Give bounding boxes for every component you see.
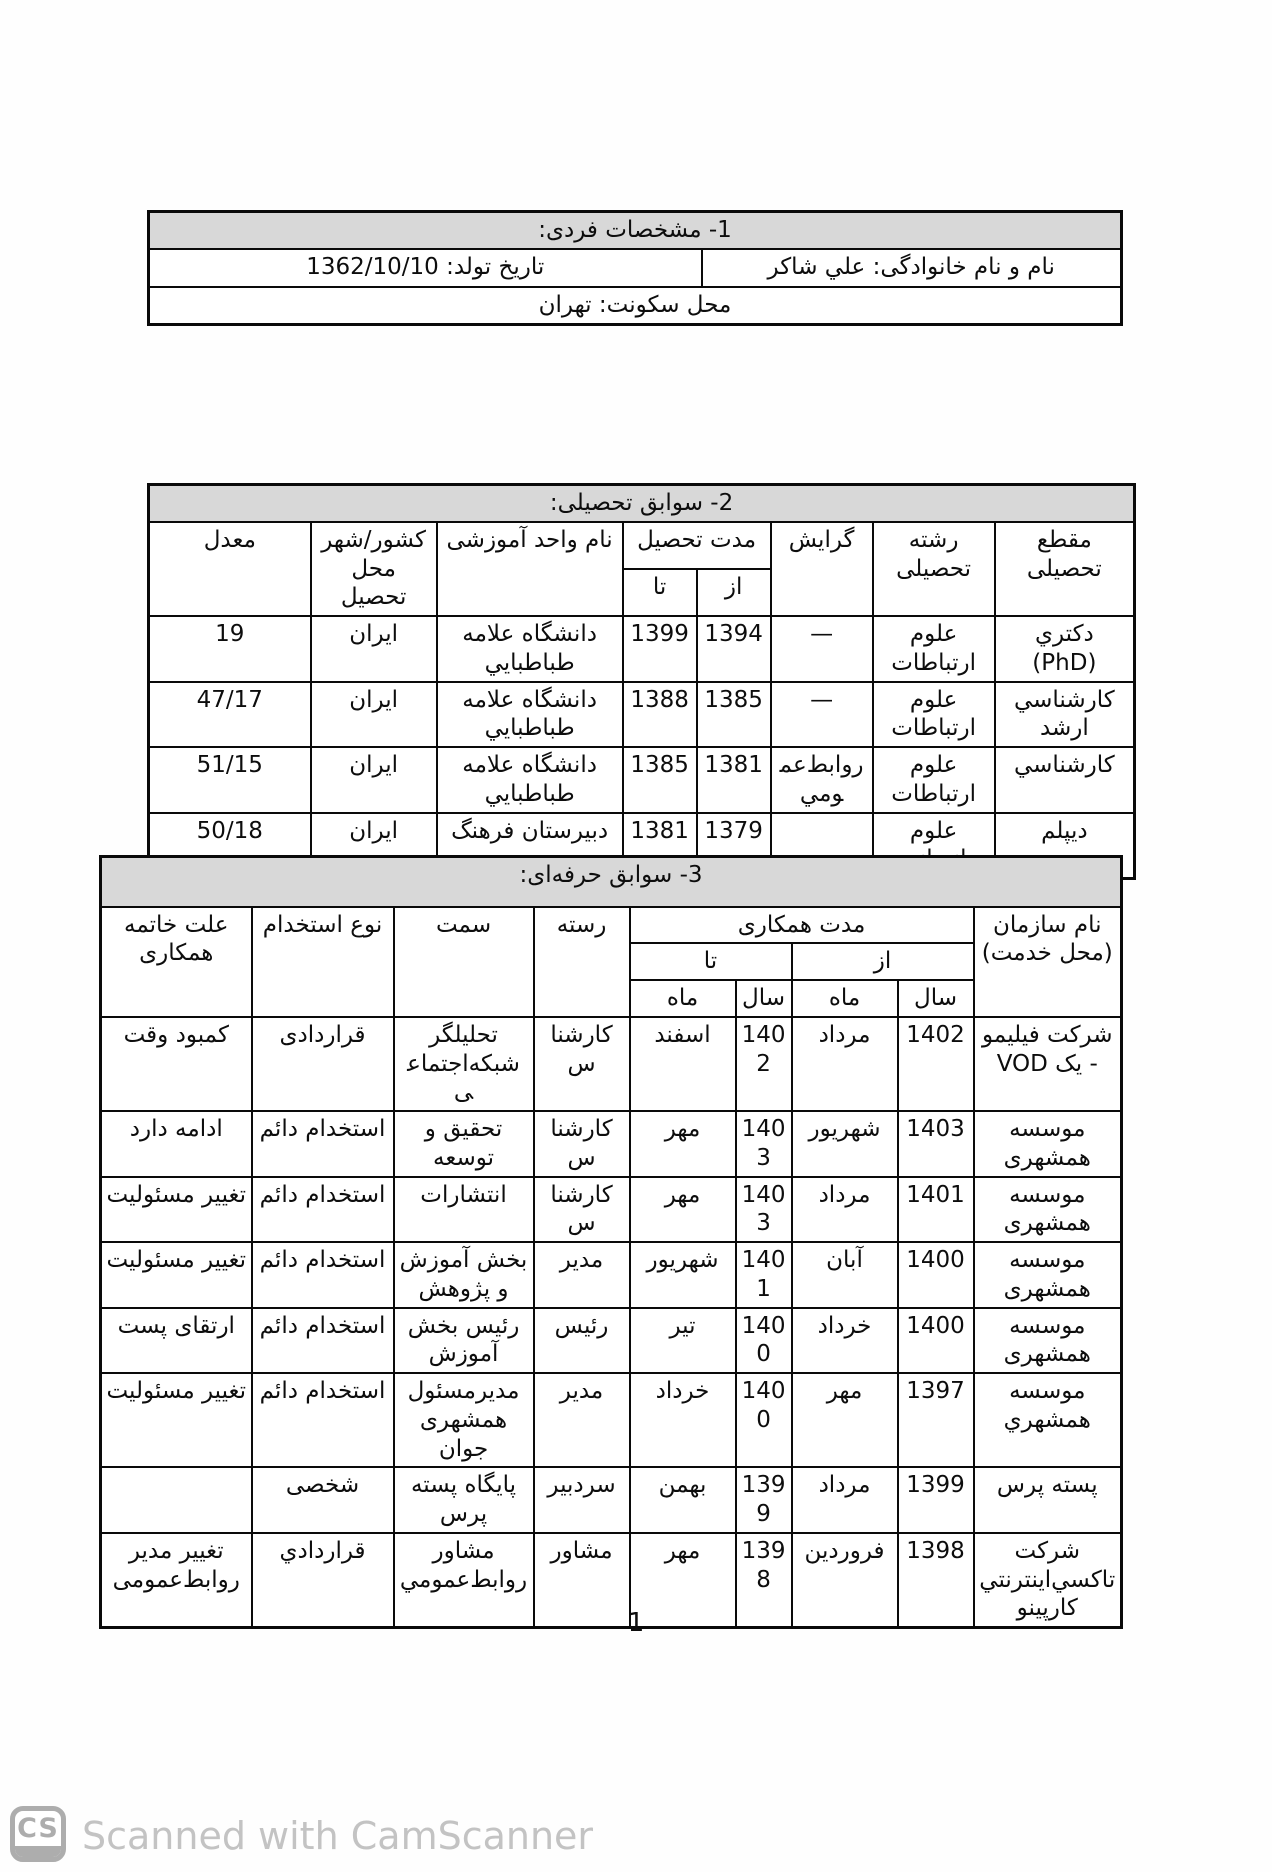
cell-end-reason: تغییر مسئولیت bbox=[101, 1242, 252, 1308]
career-row: پسته پرس 1399 مرداد 1399 بهمن سردبیر پای… bbox=[101, 1467, 1122, 1533]
personal-info-table: 1- مشخصات فردی: نام و نام خانوادگی: علي … bbox=[147, 210, 1123, 326]
cell-end-reason: تغییر مسئولیت bbox=[101, 1373, 252, 1467]
cell-end-reason: ارتقای پست bbox=[101, 1308, 252, 1374]
cell-to-month: شهریور bbox=[630, 1242, 736, 1308]
cell-organization: موسسه همشهری bbox=[974, 1308, 1122, 1374]
col-header-major: گرایش bbox=[771, 522, 873, 616]
cell-from: 1385 bbox=[697, 682, 771, 748]
cell-gpa: 47/17 bbox=[149, 682, 311, 748]
career-row: موسسه همشهری 1401 مرداد 1403 مهر کارشناس… bbox=[101, 1177, 1122, 1243]
col-header-position: سمت bbox=[394, 907, 534, 1017]
cell-from-year: 1399 bbox=[898, 1467, 974, 1533]
cell-end-reason: کمبود وقت bbox=[101, 1017, 252, 1111]
cell-location: ايران bbox=[311, 616, 437, 682]
cell-end-reason bbox=[101, 1467, 252, 1533]
cell-from: 1394 bbox=[697, 616, 771, 682]
cell-to-month: مهر bbox=[630, 1111, 736, 1177]
career-row: موسسه همشهری 1400 آبان 1401 شهریور مدیر … bbox=[101, 1242, 1122, 1308]
cell-institute: دانشگاه علامه طباطبايي bbox=[437, 682, 623, 748]
personal-residence-cell: محل سكونت: تهران bbox=[149, 287, 1122, 324]
cell-gpa: 51/15 bbox=[149, 747, 311, 813]
col-header-institute: نام واحد آموزشی bbox=[437, 522, 623, 616]
cell-field: علوم ارتباطات bbox=[873, 682, 995, 748]
cell-to: 1385 bbox=[623, 747, 697, 813]
cell-degree: كارشناسي ارشد bbox=[995, 682, 1135, 748]
cell-from-month: آبان bbox=[792, 1242, 898, 1308]
camscanner-logo-bar bbox=[15, 1846, 61, 1857]
col-header-cooperation-duration: مدت همکاری bbox=[630, 907, 974, 944]
cell-employment-type: استخدام دائم bbox=[252, 1111, 394, 1177]
cell-end-reason: تغییر مسئولیت bbox=[101, 1177, 252, 1243]
education-history-table: 2- سوابق تحصیلی: مقطع تحصیلی رشته تحصیلی… bbox=[147, 483, 1136, 880]
cell-major: — bbox=[771, 616, 873, 682]
cell-category: سردبیر bbox=[534, 1467, 630, 1533]
camscanner-caption: Scanned with CamScanner bbox=[82, 1814, 593, 1858]
cell-position: مدیرمسئول همشهری جوان bbox=[394, 1373, 534, 1467]
col-header-to-year: سال bbox=[736, 980, 792, 1017]
page-number: 1 bbox=[0, 1608, 1272, 1638]
cell-employment-type: استخدام دائم bbox=[252, 1373, 394, 1467]
education-row: كارشناسي علوم ارتباطات روابط‌عمومي 1381 … bbox=[149, 747, 1135, 813]
cell-to-month: بهمن bbox=[630, 1467, 736, 1533]
cell-from-month: مرداد bbox=[792, 1467, 898, 1533]
cell-field: علوم ارتباطات bbox=[873, 616, 995, 682]
cell-location: ايران bbox=[311, 747, 437, 813]
career-row: موسسه همشهری 1403 شهریور 1403 مهر کارشنا… bbox=[101, 1111, 1122, 1177]
cell-from-year: 1402 bbox=[898, 1017, 974, 1111]
cell-to-year: 1399 bbox=[736, 1467, 792, 1533]
cell-from-year: 1400 bbox=[898, 1308, 974, 1374]
col-header-category: رسته bbox=[534, 907, 630, 1017]
cell-major: — bbox=[771, 682, 873, 748]
col-header-gpa: معدل bbox=[149, 522, 311, 616]
cell-to-year: 1401 bbox=[736, 1242, 792, 1308]
col-header-from-year: سال bbox=[898, 980, 974, 1017]
personal-name-cell: نام و نام خانوادگی: علي شاكر bbox=[702, 249, 1122, 287]
cell-position: تحلیلگر شبکه‌اجتماعی bbox=[394, 1017, 534, 1111]
cell-to-year: 1403 bbox=[736, 1177, 792, 1243]
personal-birthdate-cell: تاريخ تولد: 1362/10/10 bbox=[149, 249, 702, 287]
cell-institute: دانشگاه علامه طباطبايي bbox=[437, 616, 623, 682]
cell-from-month: مرداد bbox=[792, 1177, 898, 1243]
cell-to-month: مهر bbox=[630, 1177, 736, 1243]
scanned-document-page: 1- مشخصات فردی: نام و نام خانوادگی: علي … bbox=[0, 0, 1272, 1872]
camscanner-logo-text: CS bbox=[15, 1811, 61, 1847]
col-header-end-reason: علت خاتمه همکاری bbox=[101, 907, 252, 1017]
cell-from-year: 1403 bbox=[898, 1111, 974, 1177]
cell-from-month: مرداد bbox=[792, 1017, 898, 1111]
cell-to-month: اسفند bbox=[630, 1017, 736, 1111]
cell-location: ايران bbox=[311, 682, 437, 748]
cell-position: پایگاه پسته پرس bbox=[394, 1467, 534, 1533]
cell-from: 1381 bbox=[697, 747, 771, 813]
cell-category: کارشناس bbox=[534, 1017, 630, 1111]
cell-to-month: خرداد bbox=[630, 1373, 736, 1467]
cell-employment-type: استخدام دائم bbox=[252, 1308, 394, 1374]
cell-category: مدیر bbox=[534, 1242, 630, 1308]
career-row: شرکت فیلیمو - یک VOD 1402 مرداد 1402 اسف… bbox=[101, 1017, 1122, 1111]
cell-employment-type: استخدام دائم bbox=[252, 1242, 394, 1308]
career-row: موسسه همشهری 1400 خرداد 1400 تیر رئیس رئ… bbox=[101, 1308, 1122, 1374]
cell-employment-type: قراردادی bbox=[252, 1017, 394, 1111]
col-header-organization: نام سازمان (محل خدمت) bbox=[974, 907, 1122, 1017]
section-title-education: 2- سوابق تحصیلی: bbox=[149, 485, 1135, 522]
cell-to-month: تیر bbox=[630, 1308, 736, 1374]
cell-degree: دكتري (PhD) bbox=[995, 616, 1135, 682]
cell-category: کارشناس bbox=[534, 1111, 630, 1177]
cell-organization: موسسه همشهری bbox=[974, 1242, 1122, 1308]
cell-degree: كارشناسي bbox=[995, 747, 1135, 813]
camscanner-logo-icon: CS bbox=[10, 1806, 66, 1862]
cell-organization: پسته پرس bbox=[974, 1467, 1122, 1533]
education-row: كارشناسي ارشد علوم ارتباطات — 1385 1388 … bbox=[149, 682, 1135, 748]
col-header-to-month: ماه bbox=[630, 980, 736, 1017]
col-header-study-duration: مدت تحصیل bbox=[623, 522, 771, 569]
col-header-coop-from: از bbox=[792, 943, 974, 980]
cell-to-year: 1400 bbox=[736, 1308, 792, 1374]
cell-major: روابط‌عمومي bbox=[771, 747, 873, 813]
col-header-degree: مقطع تحصیلی bbox=[995, 522, 1135, 616]
cell-to: 1399 bbox=[623, 616, 697, 682]
cell-position: تحقیق و توسعه bbox=[394, 1111, 534, 1177]
cell-end-reason: ادامه دارد bbox=[101, 1111, 252, 1177]
cell-from-year: 1397 bbox=[898, 1373, 974, 1467]
cell-organization: شرکت فیلیمو - یک VOD bbox=[974, 1017, 1122, 1111]
cell-from-year: 1401 bbox=[898, 1177, 974, 1243]
cell-from-month: مهر bbox=[792, 1373, 898, 1467]
cell-organization: موسسه همشهری bbox=[974, 1111, 1122, 1177]
col-header-field: رشته تحصیلی bbox=[873, 522, 995, 616]
cell-from-month: خرداد bbox=[792, 1308, 898, 1374]
cell-from-month: شهریور bbox=[792, 1111, 898, 1177]
cell-category: مدیر bbox=[534, 1373, 630, 1467]
col-header-employment-type: نوع استخدام bbox=[252, 907, 394, 1017]
career-row: موسسه همشهري 1397 مهر 1400 خرداد مدیر مد… bbox=[101, 1373, 1122, 1467]
cell-gpa: 19 bbox=[149, 616, 311, 682]
cell-position: انتشارات bbox=[394, 1177, 534, 1243]
cell-to: 1388 bbox=[623, 682, 697, 748]
cell-category: رئیس bbox=[534, 1308, 630, 1374]
cell-category: کارشناس bbox=[534, 1177, 630, 1243]
cell-organization: موسسه همشهري bbox=[974, 1373, 1122, 1467]
cell-from-year: 1400 bbox=[898, 1242, 974, 1308]
education-row: دكتري (PhD) علوم ارتباطات — 1394 1399 دا… bbox=[149, 616, 1135, 682]
cell-to-year: 1403 bbox=[736, 1111, 792, 1177]
section-title-career: 3- سوابق حرفه‌ای: bbox=[101, 857, 1122, 907]
col-header-location: کشور/شهر محل تحصیل bbox=[311, 522, 437, 616]
cell-position: بخش آموزش و پژوهش bbox=[394, 1242, 534, 1308]
cell-field: علوم ارتباطات bbox=[873, 747, 995, 813]
cell-employment-type: شخصی bbox=[252, 1467, 394, 1533]
cell-to-year: 1400 bbox=[736, 1373, 792, 1467]
cell-employment-type: استخدام دائم bbox=[252, 1177, 394, 1243]
section-title-personal: 1- مشخصات فردی: bbox=[149, 212, 1122, 249]
career-history-table: 3- سوابق حرفه‌ای: نام سازمان (محل خدمت) … bbox=[99, 855, 1123, 1629]
col-header-coop-to: تا bbox=[630, 943, 792, 980]
cell-institute: دانشگاه علامه طباطبايي bbox=[437, 747, 623, 813]
col-header-from-month: ماه bbox=[792, 980, 898, 1017]
col-header-study-from: از bbox=[697, 569, 771, 616]
col-header-study-to: تا bbox=[623, 569, 697, 616]
cell-organization: موسسه همشهری bbox=[974, 1177, 1122, 1243]
cell-to-year: 1402 bbox=[736, 1017, 792, 1111]
cell-position: رئیس بخش آموزش bbox=[394, 1308, 534, 1374]
